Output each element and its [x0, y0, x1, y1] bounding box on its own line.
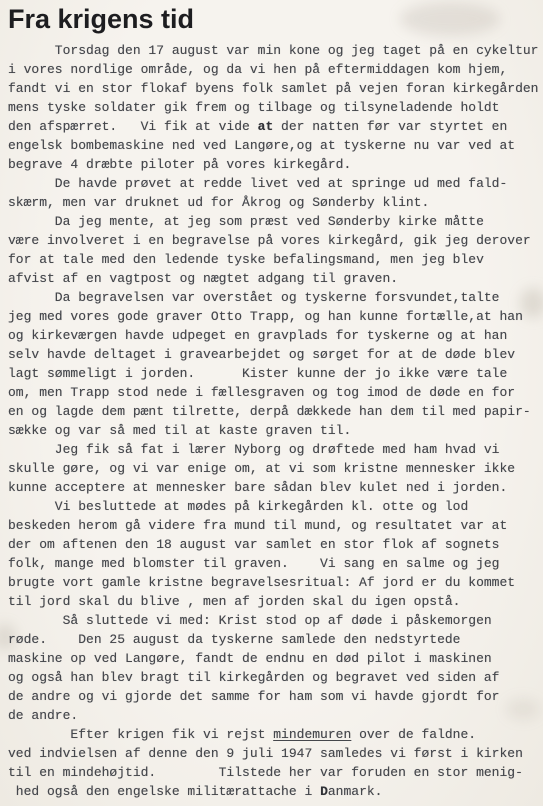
text-segment: hed også den engelske militærattache i: [8, 784, 320, 799]
text-line: selv havde deltaget i gravearbejdet og s…: [8, 345, 537, 364]
text-line: jeg med vores gode graver Otto Trapp, og…: [8, 307, 537, 326]
text-line: skærm, men var druknet ud for Åkrog og S…: [8, 193, 537, 212]
text-line: maskine op ved Langøre, fandt de endnu e…: [8, 649, 537, 668]
text-line: Torsdag den 17 august var min kone og je…: [8, 41, 537, 60]
text-line: Efter krigen fik vi rejst mindemuren ove…: [8, 725, 537, 744]
text-line: til en mindehøjtid. Tilstede her var for…: [8, 763, 537, 782]
document-lines: Torsdag den 17 august var min kone og je…: [8, 41, 537, 801]
text-segment: over de faldne.: [351, 727, 476, 742]
text-line: Jeg fik så fat i lærer Nyborg og drøfted…: [8, 440, 537, 459]
text-line: lagt sømmeligt i jorden. Kister kunne de…: [8, 364, 537, 383]
text-segment: anmark.: [328, 784, 383, 799]
text-line: De havde prøvet at redde livet ved at sp…: [8, 174, 537, 193]
text-line: den afspærret. Vi fik at vide at der nat…: [8, 117, 537, 136]
text-line: Da jeg mente, at jeg som præst ved Sønde…: [8, 212, 537, 231]
underline-text: mindemuren: [273, 727, 351, 742]
text-line: engelsk bombemaskine ned ved Langøre,og …: [8, 136, 537, 155]
text-line: begrave 4 dræbte piloter på vores kirkeg…: [8, 155, 537, 174]
text-line: de andre.: [8, 706, 537, 725]
text-line: de andre og vi gjorde det samme for ham …: [8, 687, 537, 706]
text-line: Da begravelsen var overstået og tyskerne…: [8, 288, 537, 307]
bold-text: at: [258, 119, 274, 134]
text-line: i vores nordlige område, og da vi hen på…: [8, 60, 537, 79]
text-line: ved indvielsen af denne den 9 juli 1947 …: [8, 744, 537, 763]
text-segment: Efter krigen fik vi rejst: [8, 727, 273, 742]
text-line: Så sluttede vi med: Krist stod op af død…: [8, 611, 537, 630]
text-line: være involveret i en begravelse på vores…: [8, 231, 537, 250]
text-line: afvist af en vagtpost og nægtet adgang t…: [8, 269, 537, 288]
text-line: skulle gøre, og vi var enige om, at vi s…: [8, 459, 537, 478]
text-line: kunne acceptere at mennesker bare sådan …: [8, 478, 537, 497]
bold-text: D: [320, 784, 328, 799]
text-line: røde. Den 25 august da tyskerne samlede …: [8, 630, 537, 649]
document-title: Fra krigens tid: [8, 4, 537, 34]
text-line: en og lagde dem pænt tilrette, derpå dæk…: [8, 402, 537, 421]
text-line: fandt vi en stor flokaf byens folk samle…: [8, 79, 537, 98]
text-line: hed også den engelske militærattache i D…: [8, 782, 537, 801]
text-line: Vi besluttede at mødes på kirkegården kl…: [8, 497, 537, 516]
text-line: folk, mange med blomster til graven. Vi …: [8, 554, 537, 573]
text-line: sække og var så med til at kaste graven …: [8, 421, 537, 440]
text-line: til jord skal du blive , men af jorden s…: [8, 592, 537, 611]
text-line: for at tale med den ledende tyske befali…: [8, 250, 537, 269]
document-page: Fra krigens tid Torsdag den 17 august va…: [8, 4, 537, 801]
text-line: beskeden herom gå videre fra mund til mu…: [8, 516, 537, 535]
text-line: og kirkeværgen havde udpeget en gravplad…: [8, 326, 537, 345]
text-line: der om aftenen den 18 august var samlet …: [8, 535, 537, 554]
text-segment: den afspærret. Vi fik at vide: [8, 119, 258, 134]
text-line: og også han blev bragt til kirkegården o…: [8, 668, 537, 687]
text-line: brugte vort gamle kristne begravelsesrit…: [8, 573, 537, 592]
text-line: om, men Trapp stod nede i fællesgraven o…: [8, 383, 537, 402]
text-line: mens tyske soldater gik frem og tilbage …: [8, 98, 537, 117]
text-segment: der natten før var styrtet en: [273, 119, 507, 134]
